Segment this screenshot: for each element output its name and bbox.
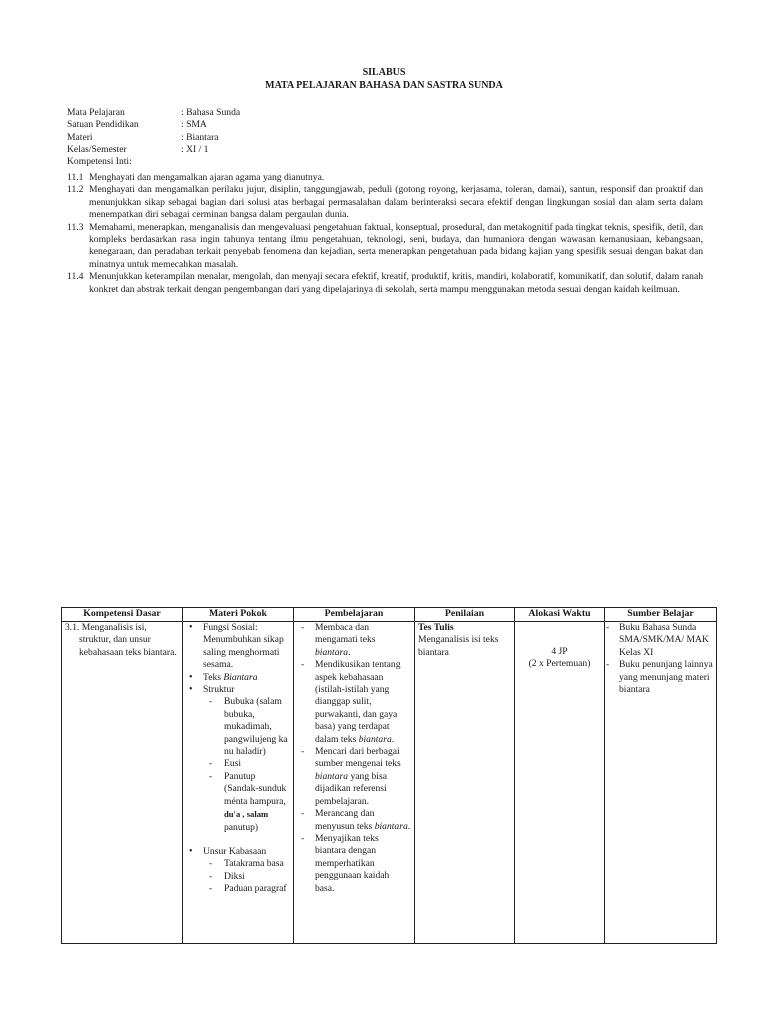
pembelajaran-list: Membaca dan mengamati teks biantara. Men… — [297, 622, 411, 895]
info-value: : XI / 1 — [181, 144, 208, 156]
text: . — [392, 734, 394, 745]
header-penilaian: Penilaian — [415, 608, 515, 622]
header-pembelajaran: Pembelajaran — [294, 608, 415, 622]
sumber-belajar-list: Buku Bahasa Sunda SMA/SMK/MA/ MAK Kelas … — [608, 622, 713, 696]
teks-prefix: Teks — [203, 672, 223, 683]
info-row-kelas-semester: Kelas/Semester : XI / 1 — [67, 144, 240, 156]
list-item: Teks Biantara — [186, 672, 290, 684]
ki-item: 11.4 Menunjukkan keterampilan menalar, m… — [67, 271, 703, 296]
info-value: : Biantara — [181, 132, 219, 144]
syllabus-table: Kompetensi Dasar Materi Pokok Pembelajar… — [61, 607, 717, 944]
ki-item: 11.2 Menghayati dan mengamalkan perilaku… — [67, 184, 703, 221]
document-title: SILABUS — [0, 67, 768, 79]
penilaian-text: Menganalisis isi teks biantara — [418, 634, 511, 659]
info-block: Mata Pelajaran : Bahasa Sunda Satuan Pen… — [67, 107, 240, 168]
list-item: Merancang dan menyusun teks biantara. — [297, 808, 411, 833]
kompetensi-inti-label: Kompetensi Inti: — [67, 156, 240, 168]
struktur-sublist: Bubuka (salam bubuka, mukadimah, pangwil… — [203, 696, 290, 833]
panutup-text: Panutup (Sandak-sunduk ménta hampura, — [224, 771, 286, 807]
ki-text: Memahami, menerapkan, menganalisis dan m… — [89, 222, 703, 272]
header-kompetensi-dasar: Kompetensi Dasar — [62, 608, 183, 622]
info-row-mata-pelajaran: Mata Pelajaran : Bahasa Sunda — [67, 107, 240, 119]
list-item: Eusi — [203, 758, 290, 770]
text-italic: biantara — [359, 734, 392, 745]
info-label: Kelas/Semester — [67, 144, 181, 156]
ki-number: 11.2 — [67, 184, 89, 221]
alokasi-jp: 4 JP — [518, 646, 601, 658]
alokasi-pertemuan: (2 x Pertemuan) — [518, 658, 601, 670]
ki-text: Menunjukkan keterampilan menalar, mengol… — [89, 271, 703, 296]
kompetensi-inti-list: 11.1 Menghayati dan mengamalkan ajaran a… — [67, 172, 703, 296]
list-item: Bubuka (salam bubuka, mukadimah, pangwil… — [203, 696, 290, 758]
ki-text: Menghayati dan mengamalkan perilaku juju… — [89, 184, 703, 221]
struktur-label: Struktur — [203, 684, 234, 695]
text: . — [408, 821, 410, 832]
text-italic: biantara — [315, 647, 348, 658]
header-materi-pokok: Materi Pokok — [183, 608, 294, 622]
list-item: Buku Bahasa Sunda SMA/SMK/MA/ MAK Kelas … — [608, 622, 713, 659]
cell-pembelajaran: Membaca dan mengamati teks biantara. Men… — [294, 622, 415, 944]
text: Mendikusikan tentang aspek kebahasaan (i… — [315, 659, 401, 744]
unsur-label: Unsur Kabasaan — [203, 846, 266, 857]
panutup-end: panutup) — [224, 822, 258, 833]
list-item: Panutup (Sandak-sunduk ménta hampura, du… — [203, 771, 290, 834]
cell-alokasi-waktu: 4 JP (2 x Pertemuan) — [515, 622, 605, 944]
penilaian-title: Tes Tulis — [418, 622, 511, 634]
list-item: Fungsi Sosial: Menumbuhkan sikap saling … — [186, 622, 290, 672]
text-italic: biantara — [315, 771, 348, 782]
info-row-materi: Materi : Biantara — [67, 132, 240, 144]
panutup-bold: du'a , salam — [224, 809, 268, 819]
text: Membaca dan mengamati teks — [315, 622, 375, 645]
list-item: Unsur Kabasaan Tatakrama basa Diksi Padu… — [186, 846, 290, 896]
list-item: Menyajikan teks biantara dengan memperha… — [297, 833, 411, 895]
document-subtitle: MATA PELAJARAN BAHASA DAN SASTRA SUNDA — [0, 80, 768, 92]
header-sumber-belajar: Sumber Belajar — [605, 608, 717, 622]
text: Merancang dan menyusun teks — [315, 808, 375, 831]
cell-sumber-belajar: Buku Bahasa Sunda SMA/SMK/MA/ MAK Kelas … — [605, 622, 717, 944]
ki-item: 11.1 Menghayati dan mengamalkan ajaran a… — [67, 172, 703, 184]
unsur-sublist: Tatakrama basa Diksi Paduan paragraf — [203, 858, 290, 895]
list-item: Mencari dari berbagai sumber mengenai te… — [297, 746, 411, 808]
list-item: Diksi — [203, 871, 290, 883]
info-row-satuan-pendidikan: Satuan Pendidikan : SMA — [67, 119, 240, 131]
cell-materi-pokok: Fungsi Sosial: Menumbuhkan sikap saling … — [183, 622, 294, 944]
header-alokasi-waktu: Alokasi Waktu — [515, 608, 605, 622]
ki-item: 11.3 Memahami, menerapkan, menganalisis … — [67, 222, 703, 272]
list-item: Tatakrama basa — [203, 858, 290, 870]
list-item: Paduan paragraf — [203, 883, 290, 895]
cell-kompetensi-dasar: 3.1. Menganalisis isi, struktur, dan uns… — [62, 622, 183, 944]
materi-pokok-list: Fungsi Sosial: Menumbuhkan sikap saling … — [186, 622, 290, 896]
text: Mencari dari berbagai sumber mengenai te… — [315, 746, 401, 769]
table-row: 3.1. Menganalisis isi, struktur, dan uns… — [62, 622, 717, 944]
info-label: Materi — [67, 132, 181, 144]
kompetensi-dasar-text: 3.1. Menganalisis isi, struktur, dan uns… — [65, 622, 179, 659]
teks-italic: Biantara — [223, 672, 257, 683]
text-italic: biantara — [375, 821, 408, 832]
ki-text: Menghayati dan mengamalkan ajaran agama … — [89, 172, 703, 184]
list-item: Buku penunjang lainnya yang menunjang ma… — [608, 659, 713, 696]
info-label: Mata Pelajaran — [67, 107, 181, 119]
list-item: Membaca dan mengamati teks biantara. — [297, 622, 411, 659]
info-value: : SMA — [181, 119, 207, 131]
list-item: Mendikusikan tentang aspek kebahasaan (i… — [297, 659, 411, 746]
ki-number: 11.4 — [67, 271, 89, 296]
table-header-row: Kompetensi Dasar Materi Pokok Pembelajar… — [62, 608, 717, 622]
ki-number: 11.3 — [67, 222, 89, 272]
text: . — [348, 647, 350, 658]
info-value: : Bahasa Sunda — [181, 107, 240, 119]
info-label: Satuan Pendidikan — [67, 119, 181, 131]
ki-number: 11.1 — [67, 172, 89, 184]
list-item: Struktur Bubuka (salam bubuka, mukadimah… — [186, 684, 290, 846]
cell-penilaian: Tes Tulis Menganalisis isi teks biantara — [415, 622, 515, 944]
